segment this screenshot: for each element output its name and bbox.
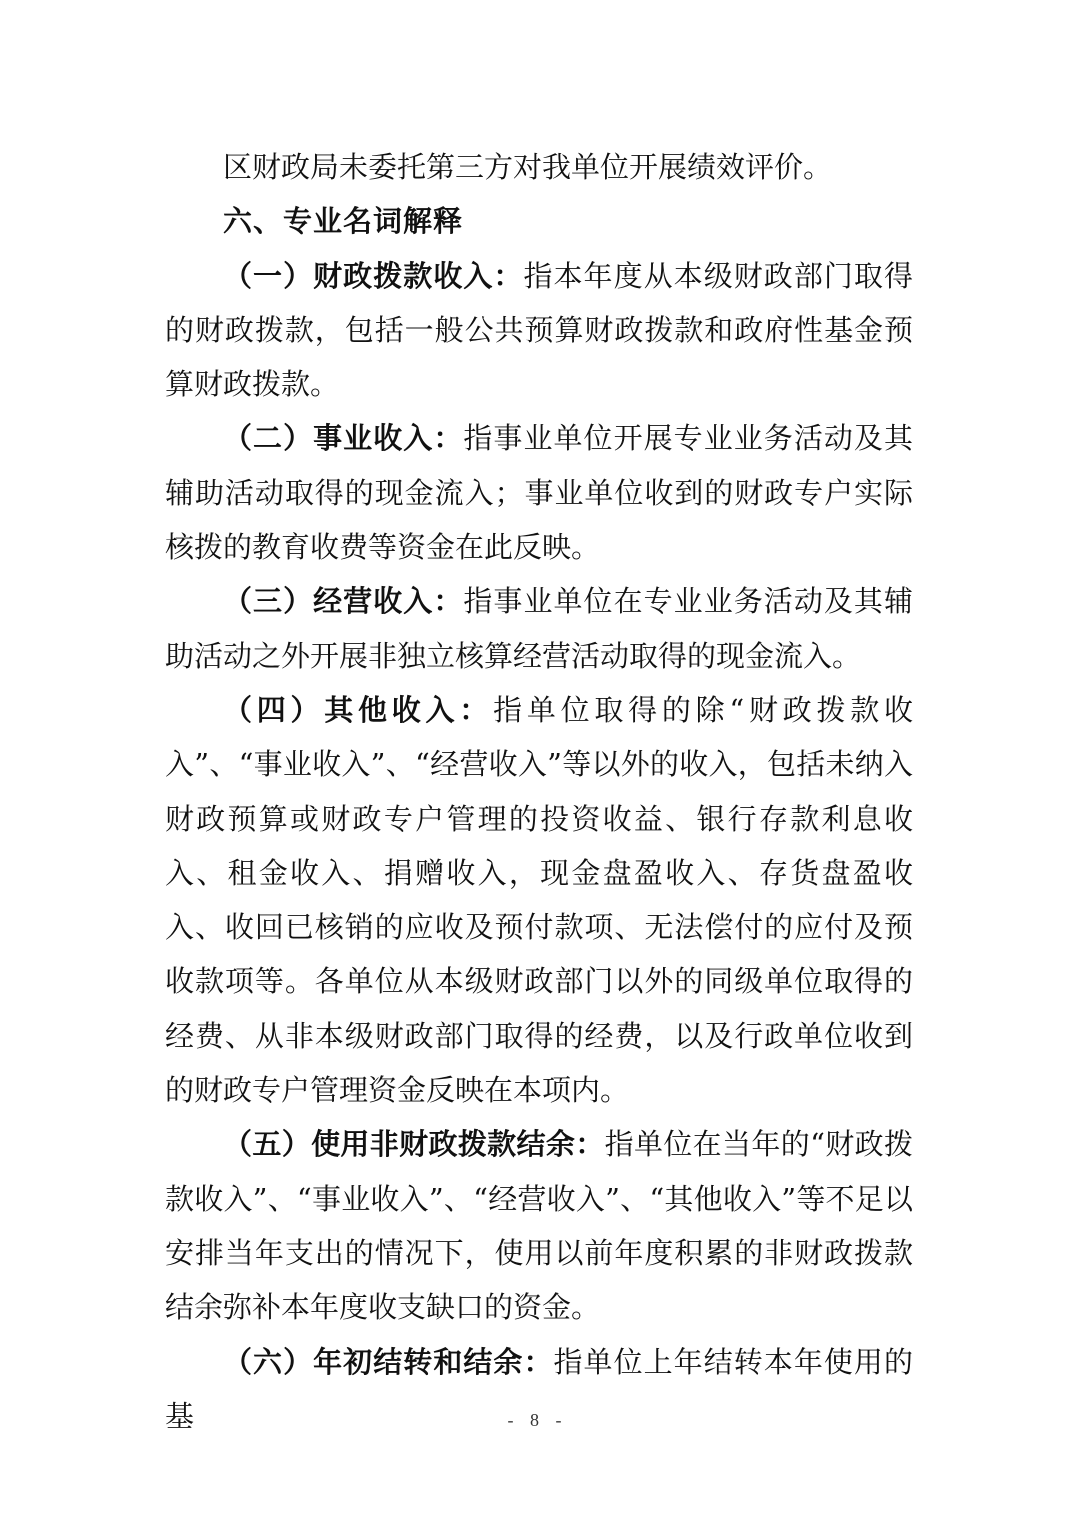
definition-item-1: （一）财政拨款收入：指本年度从本级财政部门取得的财政拨款，包括一般公共预算财政拨…	[165, 249, 913, 412]
section-heading: 六、专业名词解释	[165, 194, 913, 248]
document-page: 区财政局未委托第三方对我单位开展绩效评价。 六、专业名词解释 （一）财政拨款收入…	[165, 140, 913, 1443]
term-label: 经营收入：	[313, 584, 463, 618]
item-number: （三）	[223, 584, 313, 618]
item-number: （一）	[223, 259, 313, 293]
term-label: 财政拨款收入：	[313, 259, 523, 293]
intro-paragraph: 区财政局未委托第三方对我单位开展绩效评价。	[165, 140, 913, 194]
term-label: 事业收入：	[313, 421, 463, 455]
definition-item-2: （二）事业收入：指事业单位开展专业业务活动及其辅助活动取得的现金流入；事业单位收…	[165, 411, 913, 574]
definition-item-4: （四）其他收入：指单位取得的除“财政拨款收入”、“事业收入”、“经营收入”等以外…	[165, 683, 913, 1117]
page-number: - 8 -	[0, 1410, 1075, 1431]
term-definition: 指单位取得的除“财政拨款收入”、“事业收入”、“经营收入”等以外的收入，包括未纳…	[165, 693, 913, 1107]
term-label: 其他收入：	[324, 693, 493, 727]
item-number: （五）	[223, 1127, 311, 1161]
definition-item-3: （三）经营收入：指事业单位在专业业务活动及其辅助活动之外开展非独立核算经营活动取…	[165, 574, 913, 683]
term-label: 使用非财政拨款结余：	[311, 1127, 605, 1161]
item-number: （四）	[223, 693, 324, 727]
definition-item-5: （五）使用非财政拨款结余：指单位在当年的“财政拨款收入”、“事业收入”、“经营收…	[165, 1117, 913, 1334]
term-label: 年初结转和结余：	[313, 1345, 553, 1379]
item-number: （二）	[223, 421, 313, 455]
item-number: （六）	[223, 1345, 313, 1379]
